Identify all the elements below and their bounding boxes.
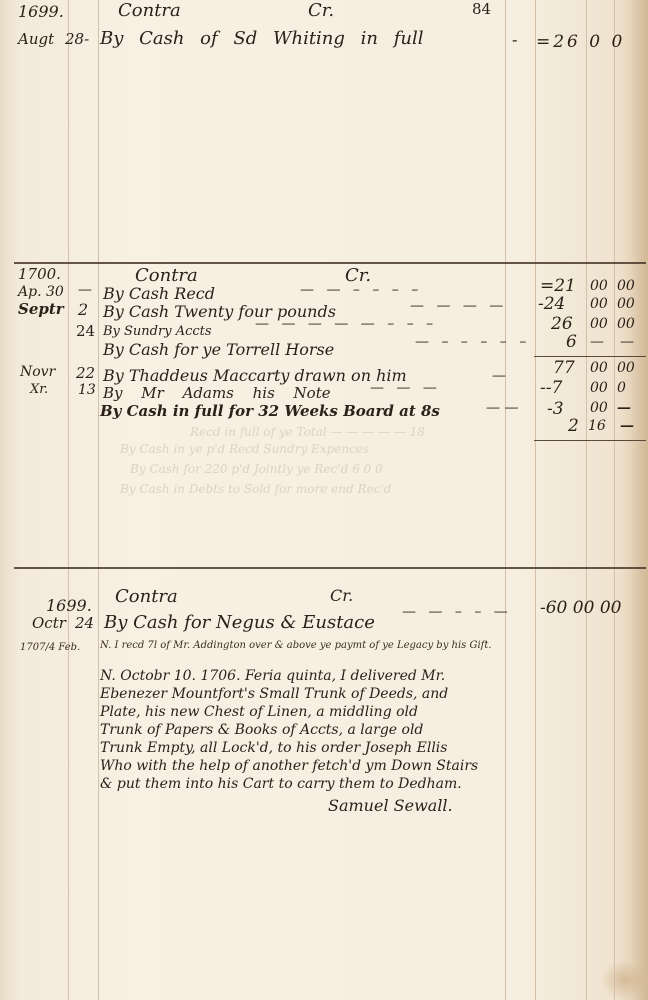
amount-pounds: --7 — [540, 378, 562, 398]
entry-month: Xr. — [30, 382, 48, 397]
year: 1699. — [18, 2, 64, 21]
ruling-date-left — [68, 0, 69, 1000]
entry-amount: -60 00 00 — [540, 598, 621, 618]
entry-dashes: — — [492, 368, 506, 384]
memo-line: Who with the help of another fetch'd ym … — [100, 758, 478, 774]
amount-shillings: 16 — [588, 418, 606, 434]
entry-amount: =26 0 0 — [536, 32, 625, 52]
amount-pence: 00 — [617, 316, 635, 332]
entry-description: By Cash Recd — [103, 284, 215, 303]
receipt-note: N. I recd 7l of Mr. Addington over & abo… — [100, 640, 510, 652]
memo-line: Trunk of Papers & Books of Accts, a larg… — [100, 722, 423, 738]
amount-pounds: 77 — [553, 358, 575, 378]
ruling-pence — [614, 0, 615, 1000]
entry-dashes: - — [512, 30, 517, 49]
section-divider — [14, 567, 646, 569]
amount-shillings: 00 — [590, 380, 608, 396]
memo-line: & put them into his Cart to carry them t… — [100, 776, 462, 792]
amount-pence: 0 — [617, 380, 626, 396]
entry-description: By Cash in full for 32 Weeks Board at 8s — [100, 402, 440, 420]
entry-description: By Mr Adams his Note — [103, 384, 331, 402]
entry-dashes: — — — — [370, 380, 441, 396]
ruling-date-right — [98, 0, 99, 1000]
paper-stain — [600, 960, 648, 1000]
entry-dashes: — — — [486, 400, 518, 416]
year: 1700. — [18, 265, 61, 283]
memo-line: Trunk Empty, all Lock'd, to his order Jo… — [100, 740, 447, 756]
heading-cr: Cr. — [308, 0, 334, 21]
entry-dashes: — — — — — [410, 298, 507, 314]
signature: Samuel Sewall. — [328, 796, 453, 815]
amount-pounds: -24 — [538, 294, 565, 314]
memo-line: N. Octobr 10. 1706. Feria quinta, I deli… — [100, 668, 445, 684]
entry-day: 2 — [78, 300, 88, 319]
ruling-amount-left — [505, 0, 506, 1000]
total-rule — [534, 440, 646, 441]
bleed-through-text: By Cash in Debts to Sold for more end Re… — [120, 482, 391, 496]
amount-pence: 00 — [617, 360, 635, 376]
amount-pence: — — [617, 400, 631, 416]
entry-description: By Cash for Negus & Eustace — [104, 612, 375, 633]
amount-pence: 00 — [617, 278, 635, 294]
amount-shillings: 00 — [590, 316, 608, 332]
bleed-through-text: Recd in full of ye Total — — — — — 18 — [190, 425, 425, 439]
amount-pounds: 2 — [568, 416, 579, 436]
paper-stain — [630, 0, 648, 1000]
entry-month: Octr — [32, 614, 66, 632]
entry-dashes: — — – – – – — [300, 282, 422, 298]
bleed-through-text: By Cash for 220 p'd Jointly ye Rec'd 6 0… — [130, 462, 383, 476]
amount-pence: 00 — [617, 296, 635, 312]
amount-pounds: 6 — [566, 332, 577, 352]
entry-description: By Cash of Sd Whiting in full — [100, 28, 424, 49]
memo-line: Plate, his new Chest of Linen, a middlin… — [100, 704, 418, 720]
entry-month: Ap. 30 — [18, 284, 64, 300]
entry-dashes: — — — — — – – – — [255, 316, 437, 332]
amount-shillings: 00 — [590, 360, 608, 376]
page-number: 84 — [472, 0, 491, 18]
heading-contra: Contra — [115, 586, 178, 607]
amount-shillings: 00 — [590, 278, 608, 294]
section-divider — [14, 262, 646, 264]
entry-description: By Cash for ye Torrell Horse — [103, 340, 334, 359]
bleed-through-text: By Cash in ye p'd Recd Sundry Expences — [120, 442, 369, 456]
entry-day: 24 — [76, 322, 95, 340]
subtotal-rule — [534, 356, 646, 357]
amount-pounds: =21 — [540, 276, 576, 296]
entry-description: By Thaddeus Maccarty drawn on him — [103, 366, 407, 385]
entry-dashes: — — – – — — [402, 604, 512, 620]
entry-day: — — [78, 282, 92, 298]
entry-month: Augt — [18, 30, 54, 48]
memo-line: Ebenezer Mountfort's Small Trunk of Deed… — [100, 686, 448, 702]
entry-day: 22 — [76, 364, 95, 382]
entry-day: 13 — [78, 382, 96, 398]
heading-contra: Contra — [118, 0, 181, 21]
amount-pounds: -3 — [547, 399, 564, 419]
note-date: 1707/4 Feb. — [20, 642, 80, 653]
ruling-shillings — [586, 0, 587, 1000]
entry-month: Septr — [18, 300, 64, 318]
heading-contra: Contra — [135, 265, 198, 286]
year: 1699. — [46, 596, 92, 615]
entry-day: 24 — [75, 614, 94, 632]
ruling-pounds — [535, 0, 536, 1000]
amount-pounds: 26 — [551, 314, 573, 334]
amount-pence: — — [620, 334, 634, 350]
amount-shillings: — — [590, 334, 604, 350]
entry-day: 28- — [65, 30, 89, 48]
amount-shillings: 00 — [590, 400, 608, 416]
amount-shillings: 00 — [590, 296, 608, 312]
heading-cr: Cr. — [330, 586, 353, 605]
entry-dashes: — – – – – – — [415, 334, 530, 350]
entry-description: By Sundry Accts — [103, 324, 212, 339]
entry-month: Novr — [20, 364, 55, 380]
amount-pence: — — [620, 418, 634, 434]
